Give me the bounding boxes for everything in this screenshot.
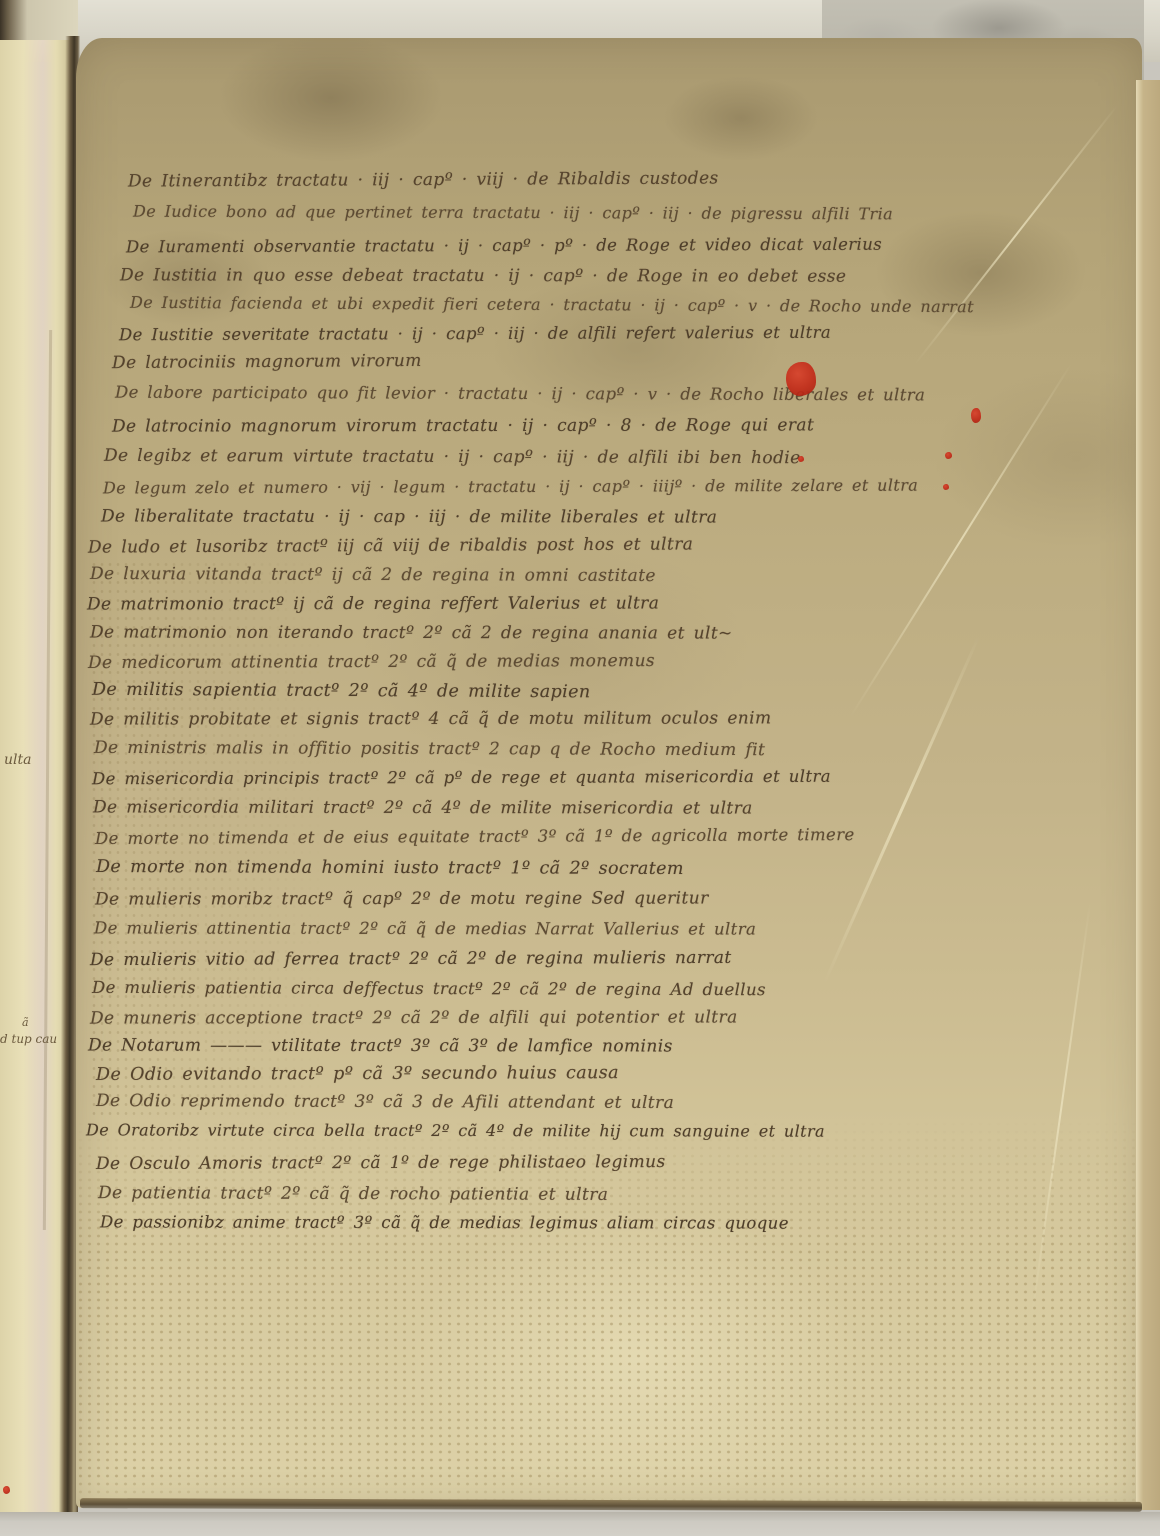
manuscript-line: De latrociniis magnorum virorum — [112, 351, 422, 373]
manuscript-line: De ludo et lusoribz tractº iij cã viij d… — [88, 534, 693, 557]
manuscript-line: De misericordia militari tractº 2º cã 4º… — [93, 797, 753, 818]
backdrop-bottom-band — [0, 1512, 1160, 1536]
manuscript-line: De morte no timenda et de eius equitate … — [95, 825, 855, 848]
manuscript-line: De Iustitie severitate tractatu · ij · c… — [119, 323, 831, 344]
follicle-dot-texture — [76, 1120, 1142, 1508]
manuscript-line: De mulieris patientia circa deffectus tr… — [92, 978, 766, 999]
manuscript-line: De militis probitate et signis tractº 4 … — [90, 708, 772, 729]
manuscript-line: De luxuria vitanda tractº ij cã 2 de reg… — [90, 564, 656, 586]
marginal-fragment: ulta — [4, 752, 31, 768]
manuscript-line: De mulieris attinentia tractº 2º cã q̃ d… — [94, 918, 756, 938]
manuscript-line: De muneris acceptione tractº 2º cã 2º de… — [90, 1007, 738, 1028]
manuscript-line: De morte non timenda homini iusto tractº… — [96, 857, 684, 879]
manuscript-line: De liberalitate tractatu · ij · cap · ii… — [101, 506, 717, 527]
red-ink-speck — [798, 456, 804, 462]
manuscript-line: De militis sapientia tractº 2º cã 4º de … — [92, 680, 591, 703]
manuscript-line: De patientia tractº 2º cã q̃ de rocho pa… — [98, 1183, 608, 1205]
manuscript-line: De legum zelo et numero · vij · legum · … — [103, 476, 918, 498]
manuscript-line: De mulieris vitio ad ferrea tractº 2º cã… — [90, 948, 732, 970]
manuscript-scan: ulta ã d tup cau De Itinerantibz tractat… — [0, 0, 1160, 1536]
marginal-fragment: d tup cau — [0, 1032, 57, 1046]
manuscript-line: De Itinerantibz tractatu · iij · capº · … — [128, 168, 719, 191]
manuscript-line: De medicorum attinentia tractº 2º cã q̃ … — [88, 651, 655, 673]
manuscript-line: De Osculo Amoris tractº 2º cã 1º de rege… — [96, 1152, 666, 1174]
manuscript-line: De matrimonio non iterando tractº 2º cã … — [90, 622, 733, 643]
manuscript-line: De legibz et earum virtute tractatu · ij… — [104, 446, 801, 468]
manuscript-line: De Notarum ——— vtilitate tractº 3º cã 3º… — [88, 1035, 673, 1056]
manuscript-line: De Iustitia in quo esse debeat tractatu … — [120, 265, 846, 286]
manuscript-line: De Odio evitando tractº pº cã 3º secundo… — [96, 1063, 619, 1085]
red-ink-speck — [971, 408, 981, 423]
manuscript-line: De latrocinio magnorum virorum tractatu … — [112, 415, 814, 436]
red-ink-blot — [786, 362, 816, 396]
red-ink-speck — [3, 1486, 10, 1494]
manuscript-line: De Iuramenti observantie tractatu · ij ·… — [126, 235, 882, 257]
manuscript-line: De Odio reprimendo tractº 3º cã 3 de Afi… — [96, 1091, 674, 1113]
manuscript-line: De mulieris moribz tractº q̃ capº 2º de … — [95, 888, 709, 909]
manuscript-line: De Iudice bono ad que pertinet terra tra… — [133, 202, 893, 224]
right-page-fore-edge — [1136, 80, 1160, 1510]
red-ink-speck — [945, 452, 952, 459]
manuscript-line: De ministris malis in offitio positis tr… — [94, 738, 765, 760]
marginal-fragment: ã — [22, 1016, 29, 1029]
manuscript-line: De Oratoribz virtute circa bella tractº … — [86, 1120, 825, 1140]
manuscript-line: De matrimonio tractº ij cã de regina ref… — [87, 594, 659, 615]
manuscript-line: De misericordia principis tractº 2º cã p… — [92, 767, 831, 789]
red-ink-speck — [943, 484, 949, 490]
manuscript-line: De passionibz anime tractº 3º cã q̃ de m… — [100, 1212, 789, 1232]
